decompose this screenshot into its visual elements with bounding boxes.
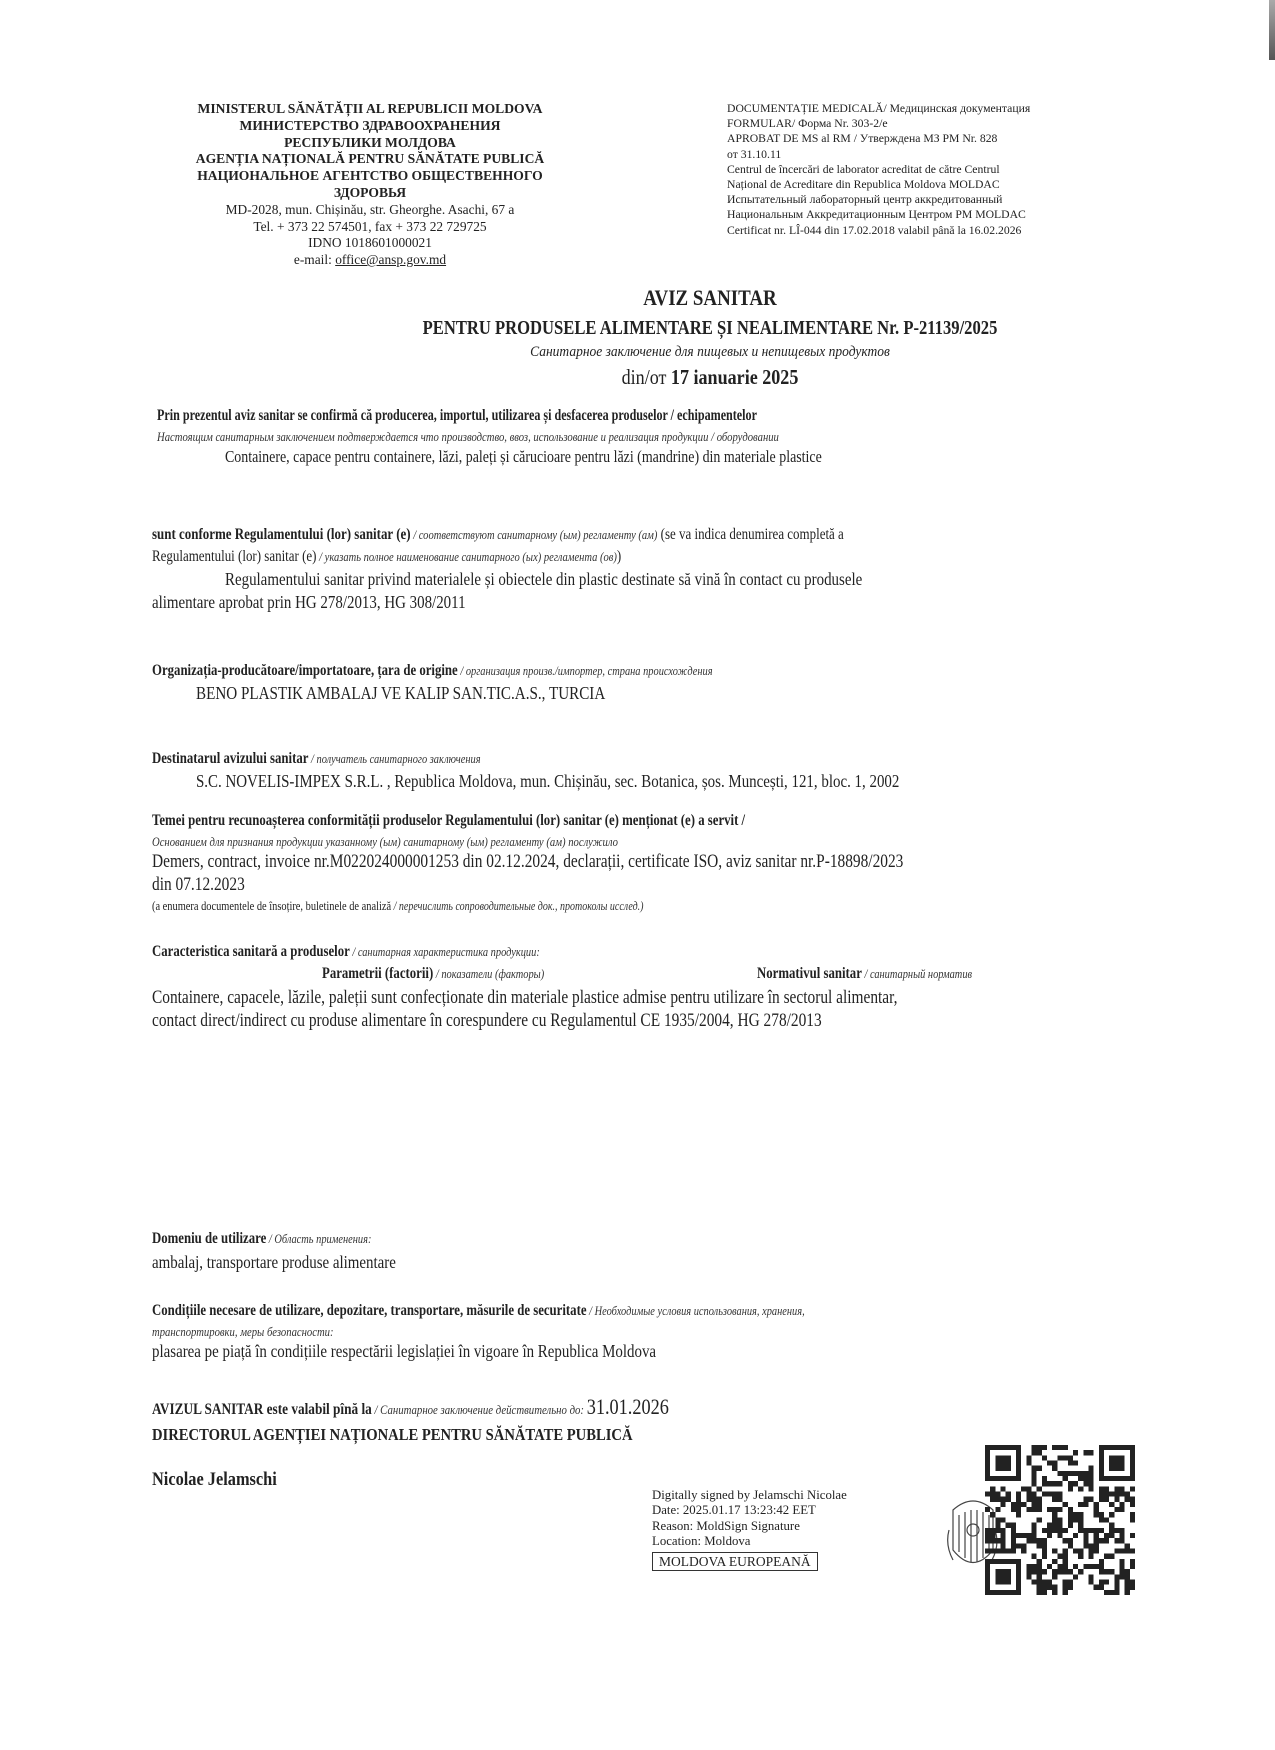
domain-heading-text: Domeniu de utilizare [152, 1230, 266, 1247]
ministry-line: РЕСПУБЛИКИ МОЛДОВА [150, 135, 590, 152]
email-link[interactable]: office@ansp.gov.md [335, 252, 446, 267]
form-info-header: DOCUMENTAȚIE MEDICALĂ/ Медицинская докум… [727, 101, 1127, 238]
characteristics-heading-ru: / санитарная характеристика продукции: [350, 944, 540, 959]
conditions-value: plasarea pe piață în condițiile respectă… [152, 1341, 656, 1362]
director-title: DIRECTORUL AGENȚIEI NAȚIONALE PENTRU SĂN… [152, 1425, 633, 1445]
agency-email-row: e-mail: office@ansp.gov.md [150, 252, 590, 269]
domain-heading: Domeniu de utilizare / Область применени… [152, 1230, 371, 1248]
confirm-products: Containere, capace pentru containere, lă… [225, 447, 822, 467]
regulation-value-line1: Regulamentului sanitar privind materiale… [225, 569, 862, 590]
producer-heading-text: Organizația-producătoare/importatoare, ț… [152, 662, 458, 679]
signature-line: Location: Moldova [652, 1534, 847, 1549]
normative-column-header: Normativul sanitar / санитарный норматив [757, 965, 972, 983]
producer-heading: Organizația-producătoare/importatoare, ț… [152, 662, 713, 680]
param-label: Parametrii (factorii) [322, 965, 433, 982]
regulation-heading2-text: Regulamentului (lor) sanitar (e) [152, 548, 316, 565]
recipient-heading-ru: / получатель санитарного заключения [308, 751, 480, 766]
signature-line: Date: 2025.01.17 13:23:42 EET [652, 1503, 847, 1518]
form-info-line: Испытательный лабораторный центр аккреди… [727, 192, 1127, 207]
email-label: e-mail: [294, 252, 335, 267]
document-title-block: AVIZ SANITAR PENTRU PRODUSELE ALIMENTARE… [150, 285, 1270, 391]
agency-idno: IDNO 1018601000021 [150, 235, 590, 252]
digital-signature-block: Digitally signed by Jelamschi Nicolae Da… [652, 1488, 847, 1571]
document-number: PENTRU PRODUSELE ALIMENTARE ȘI NEALIMENT… [245, 315, 1175, 341]
qr-code-icon [985, 1445, 1135, 1595]
form-info-line: Centrul de încercări de laborator acredi… [727, 162, 1127, 177]
signature-line: Reason: MoldSign Signature [652, 1519, 847, 1534]
ministry-line: МИНИСТЕРСТВО ЗДРАВООХРАНЕНИЯ [150, 118, 590, 135]
document-title-ru: Санитарное заключение для пищевых и непи… [206, 343, 1214, 361]
validity-row: AVIZUL SANITAR este valabil pînă la / Са… [152, 1394, 669, 1420]
producer-value: BENO PLASTIK AMBALAJ VE KALIP SAN.TIC.A.… [196, 683, 605, 704]
document-title: AVIZ SANITAR [228, 285, 1191, 311]
conditions-heading: Condițiile necesare de utilizare, depozi… [152, 1302, 805, 1320]
basis-note-ru: / перечислить сопроводительные док., про… [391, 899, 643, 913]
domain-value: ambalaj, transportare produse alimentare [152, 1252, 396, 1273]
regulation-heading-ru: / соответствуют санитарному (ым) регламе… [411, 527, 658, 542]
confirm-heading-text: Prin prezentul aviz sanitar se confirmă … [157, 407, 757, 424]
confirm-heading-ru: Настоящим санитарным заключением подтвер… [157, 429, 779, 445]
validity-date: 31.01.2026 [587, 1394, 669, 1419]
agency-phone: Tel. + 373 22 574501, fax + 373 22 72972… [150, 219, 590, 236]
producer-heading-ru: / организация произв./импортер, страна п… [458, 663, 713, 678]
regulation-heading-2: Regulamentului (lor) sanitar (e) / указа… [152, 548, 621, 566]
form-info-line: Național de Acreditare din Republica Mol… [727, 177, 1127, 192]
agency-address: MD-2028, mun. Chișinău, str. Gheorghe. A… [150, 202, 590, 219]
regulation-heading: sunt conforme Regulamentului (lor) sanit… [152, 526, 844, 544]
basis-value-line2: din 07.12.2023 [152, 874, 245, 896]
signature-line: Digitally signed by Jelamschi Nicolae [652, 1488, 847, 1503]
basis-heading: Temei pentru recunoașterea conformității… [152, 812, 745, 830]
date-value: 17 ianuarie 2025 [671, 365, 798, 389]
date-prefix: din/от [622, 365, 671, 389]
basis-note-text: (a enumera documentele de însoțire, bule… [152, 898, 391, 913]
regulation-heading2-ru: / указать полное наименование санитарног… [316, 549, 616, 564]
characteristics-heading: Caracteristica sanitară a produselor / с… [152, 943, 540, 961]
regulation-heading-tail: (se va indica denumirea completă a [657, 526, 843, 543]
regulation-value-line2: alimentare aprobat prin HG 278/2013, HG … [152, 592, 466, 613]
characteristics-heading-text: Caracteristica sanitară a produselor [152, 943, 350, 960]
conditions-heading-ru2: транспортировки, меры безопасности: [152, 1324, 334, 1340]
basis-heading-ru: Основанием для признания продукции указа… [152, 834, 618, 850]
director-name: Nicolae Jelamschi [152, 1469, 277, 1491]
basis-heading-text: Temei pentru recunoașterea conformității… [152, 812, 745, 829]
validity-label-ru: / Санитарное заключение действительно до… [372, 1402, 587, 1417]
norm-label-ru: / санитарный норматив [862, 966, 972, 981]
form-info-line: APROBAT DE MS al RM / Утверждена МЗ РМ N… [727, 131, 1127, 146]
confirm-heading: Prin prezentul aviz sanitar se confirmă … [157, 407, 757, 425]
norm-label: Normativul sanitar [757, 965, 862, 982]
moldova-europeana-badge: MOLDOVA EUROPEANĂ [652, 1552, 818, 1571]
conditions-heading-ru: / Необходимые условия использования, хра… [587, 1303, 805, 1318]
recipient-value: S.C. NOVELIS-IMPEX S.R.L. , Republica Mo… [196, 771, 899, 792]
conditions-heading-text: Condițiile necesare de utilizare, depozi… [152, 1302, 587, 1319]
document-date: din/от 17 ianuarie 2025 [228, 363, 1191, 391]
basis-value-line1: Demers, contract, invoice nr.M0220240000… [152, 851, 903, 873]
scan-edge-mark [1269, 0, 1275, 60]
form-info-line: FORMULAR/ Форма Nr. 303-2/e [727, 116, 1127, 131]
regulation-heading2-tail: ) [617, 548, 621, 565]
param-label-ru: / показатели (факторы) [433, 966, 544, 981]
form-info-line: Certificat nr. LÎ-044 din 17.02.2018 val… [727, 223, 1127, 238]
characteristics-value-line1: Containere, capacele, lăzile, paleții su… [152, 987, 897, 1009]
recipient-heading: Destinatarul avizului sanitar / получате… [152, 750, 481, 768]
validity-label-bold: AVIZUL SANITAR [152, 1401, 263, 1418]
ministry-header: MINISTERUL SĂNĂTĂȚII AL REPUBLICII MOLDO… [150, 101, 590, 269]
parameters-column-header: Parametrii (factorii) / показатели (факт… [322, 965, 544, 983]
agency-line: ЗДОРОВЬЯ [150, 185, 590, 202]
domain-heading-ru: / Область применения: [266, 1231, 371, 1246]
form-info-line: Национальным Аккредитационным Центром РМ… [727, 207, 1127, 222]
form-info-line: от 31.10.11 [727, 147, 1127, 162]
agency-line: НАЦИОНАЛЬНОЕ АГЕНТСТВО ОБЩЕСТВЕННОГО [150, 168, 590, 185]
agency-line: AGENȚIA NAȚIONALĂ PENTRU SĂNĂTATE PUBLIC… [150, 151, 590, 168]
ministry-line: MINISTERUL SĂNĂTĂȚII AL REPUBLICII MOLDO… [150, 101, 590, 118]
recipient-heading-text: Destinatarul avizului sanitar [152, 750, 308, 767]
characteristics-value-line2: contact direct/indirect cu produse alime… [152, 1010, 822, 1032]
form-info-line: DOCUMENTAȚIE MEDICALĂ/ Медицинская докум… [727, 101, 1127, 116]
regulation-heading-bold: sunt conforme Regulamentului (lor) sanit… [152, 526, 411, 543]
basis-note: (a enumera documentele de însoțire, bule… [152, 898, 644, 914]
validity-label: este valabil pînă la [263, 1401, 371, 1418]
